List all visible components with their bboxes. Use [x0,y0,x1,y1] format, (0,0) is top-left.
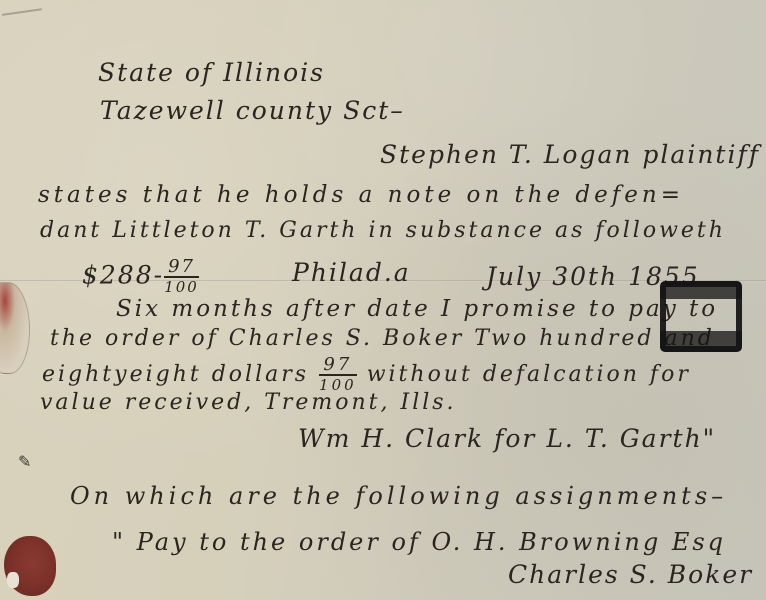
body-line-states: states that he holds a note on the defen… [38,182,684,208]
ink-blot-mark: ✎ [18,452,38,470]
heading-county: Tazewell county Sct– [100,96,405,125]
body-line-defendant: dant Littleton T. Garth in substance as … [40,218,726,243]
plaintiff-line: Stephen T. Logan plaintiff [380,140,760,169]
paper-corner-curl [0,0,42,16]
assignments-intro: On which are the following assignments– [70,482,727,510]
note-signature: Wm H. Clark for L. T. Garth" [298,424,716,453]
wax-seal-remnant-top [0,282,30,374]
note-amount-cents: 97100 [164,258,199,296]
assignment-line: " Pay to the order of O. H. Browning Esq [112,528,726,556]
inline-cents-fraction: 97100 [319,356,357,394]
note-line-order: the order of Charles S. Boker Two hundre… [50,326,715,351]
selection-highlight-box[interactable] [660,281,742,352]
note-place: Philad.a [292,258,411,287]
note-amount: $288-97100 [82,258,199,296]
wax-seal-bottom [4,536,56,596]
note-line-six-months: Six months after date I promise to pay t… [116,296,718,322]
assignor-signature: Charles S. Boker [508,560,753,589]
heading-state: State of Illinois [98,58,325,87]
note-line-value-received: value received, Tremont, Ills. [40,390,457,415]
note-amount-dollars: $288- [82,261,164,290]
note-line-amount-words: eightyeight dollars 97100 without defalc… [42,356,691,394]
